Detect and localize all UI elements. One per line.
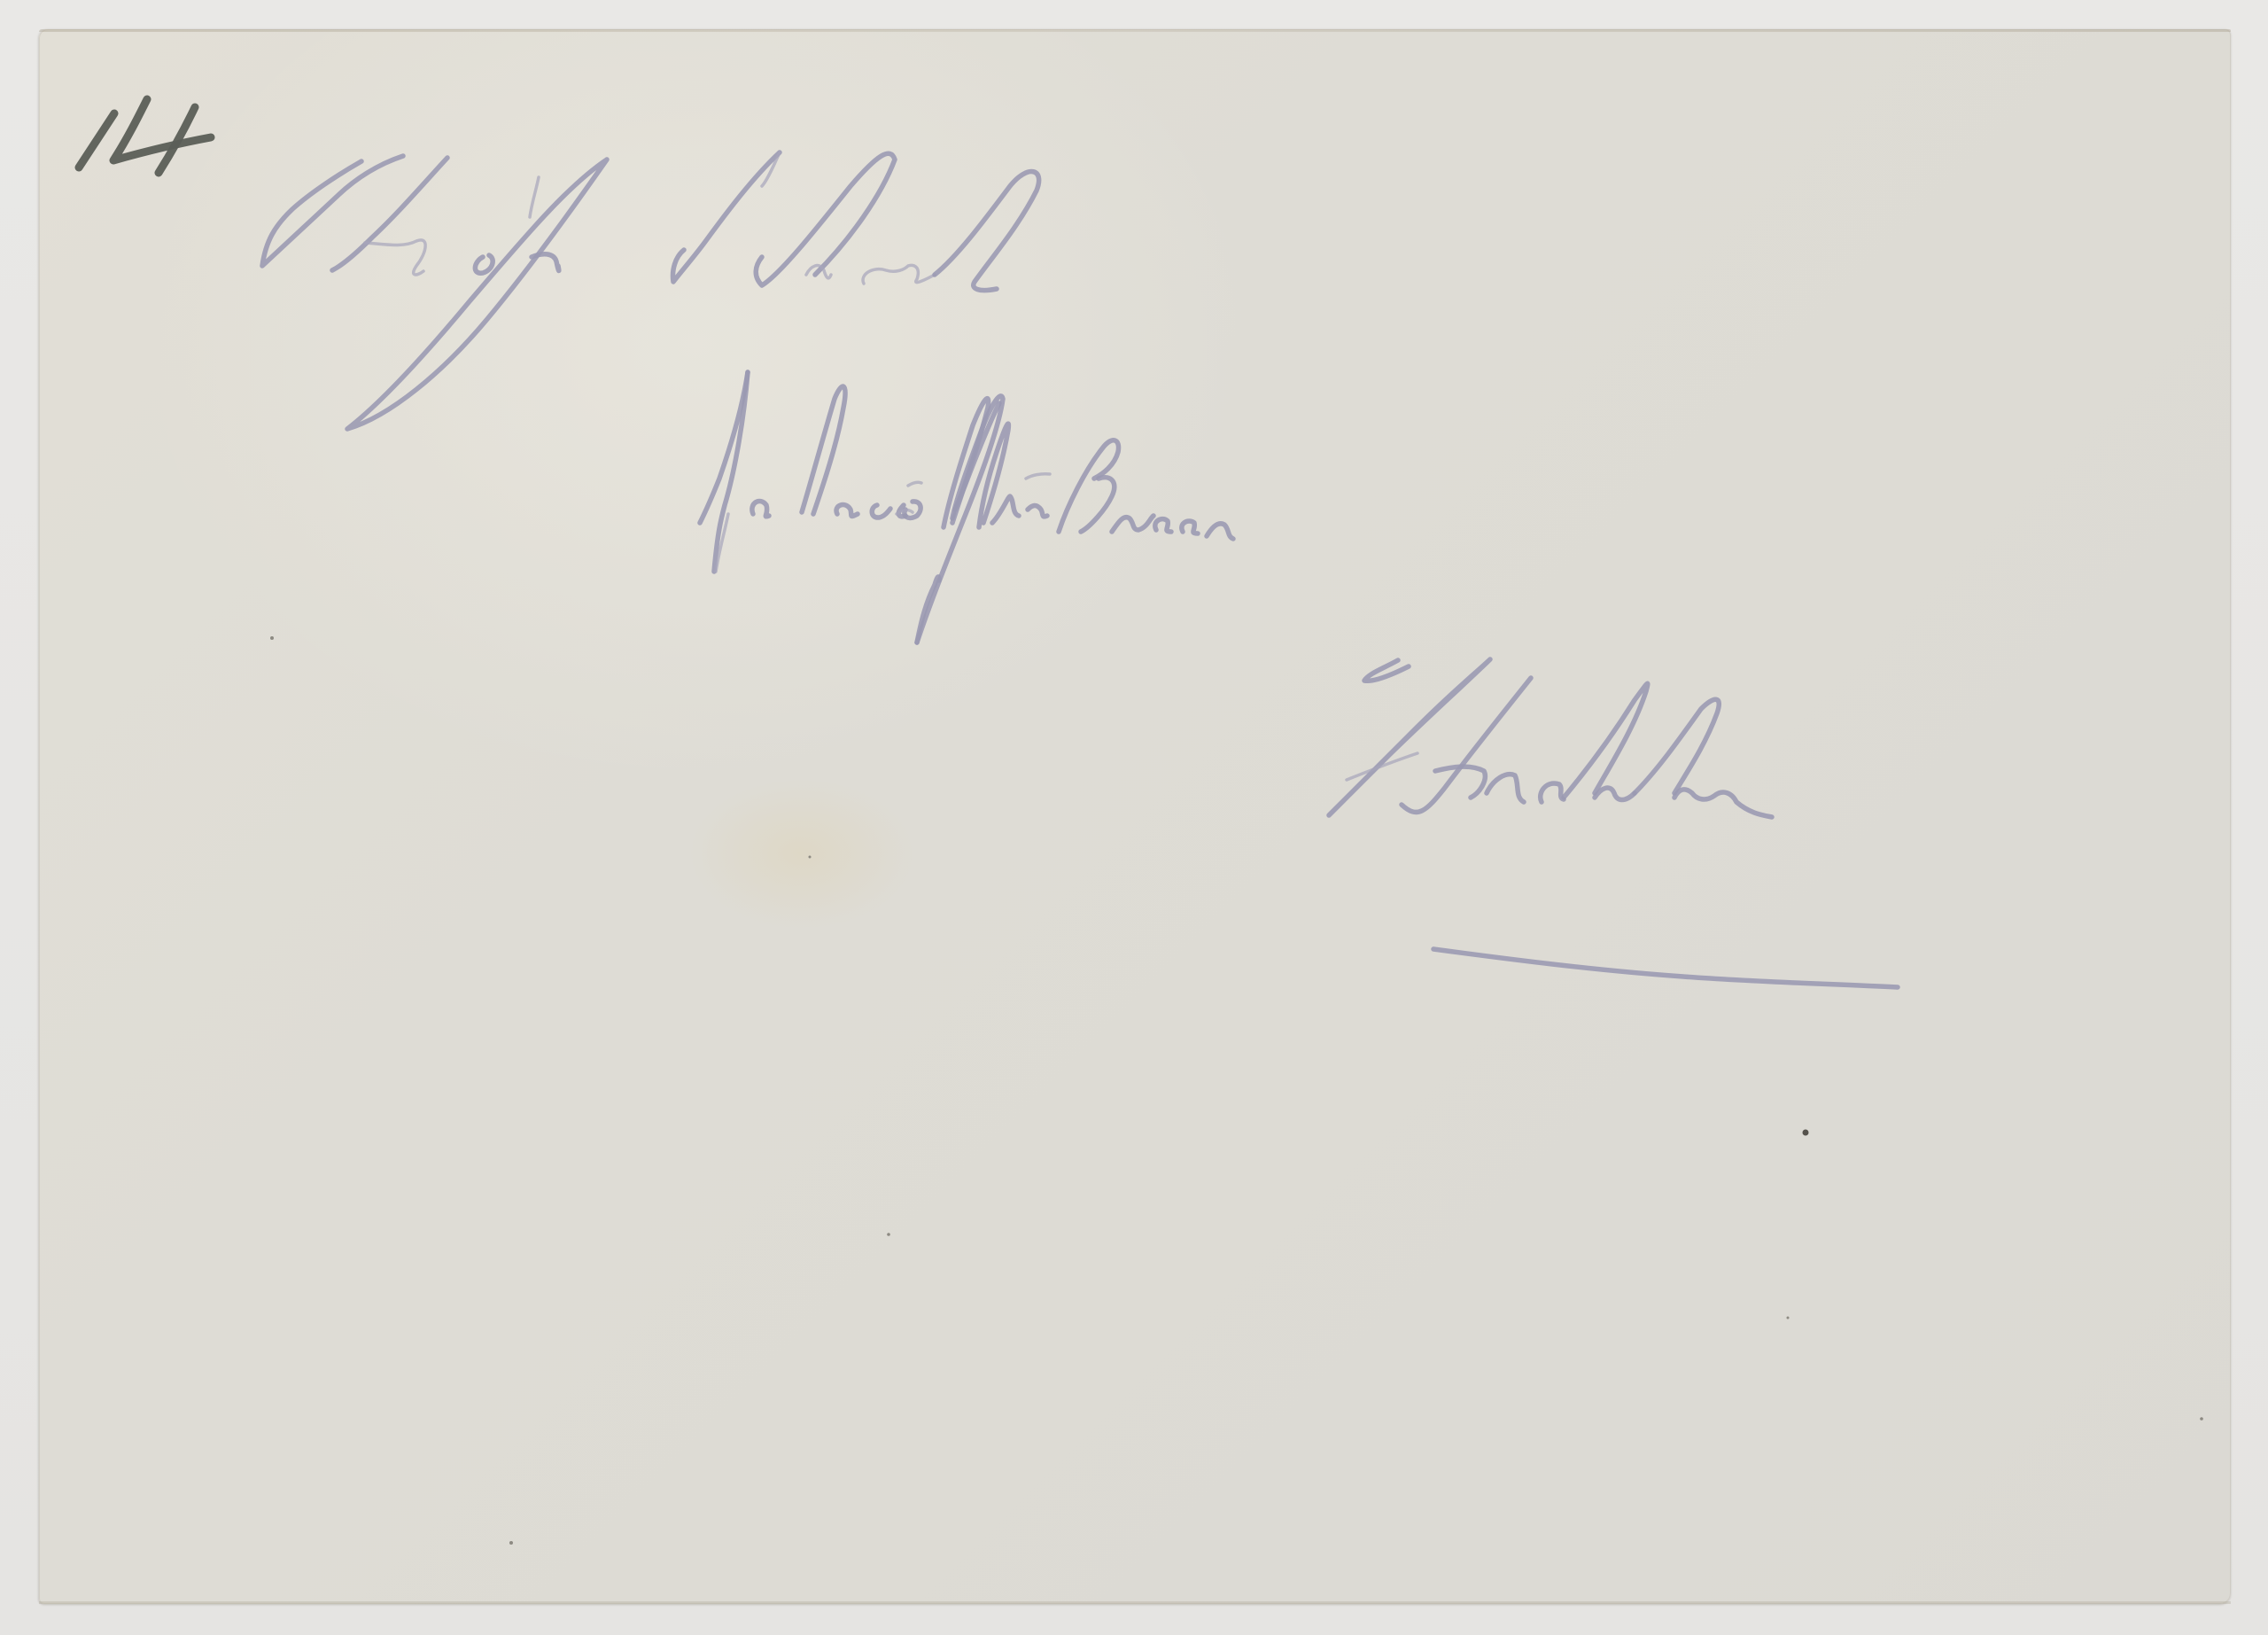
inscription-line-high-school [262, 152, 1039, 429]
inscription-underline [1433, 949, 1898, 987]
catalog-number [79, 99, 211, 173]
handwriting-layer [0, 0, 2268, 1635]
scan-background: 14 High School Palace of Late Queen Hono… [0, 0, 2268, 1635]
paper-specks [270, 636, 2203, 1545]
inscription-line-palace-of-late-queen [700, 372, 1233, 642]
inscription-line-honolulu [1329, 659, 1772, 817]
